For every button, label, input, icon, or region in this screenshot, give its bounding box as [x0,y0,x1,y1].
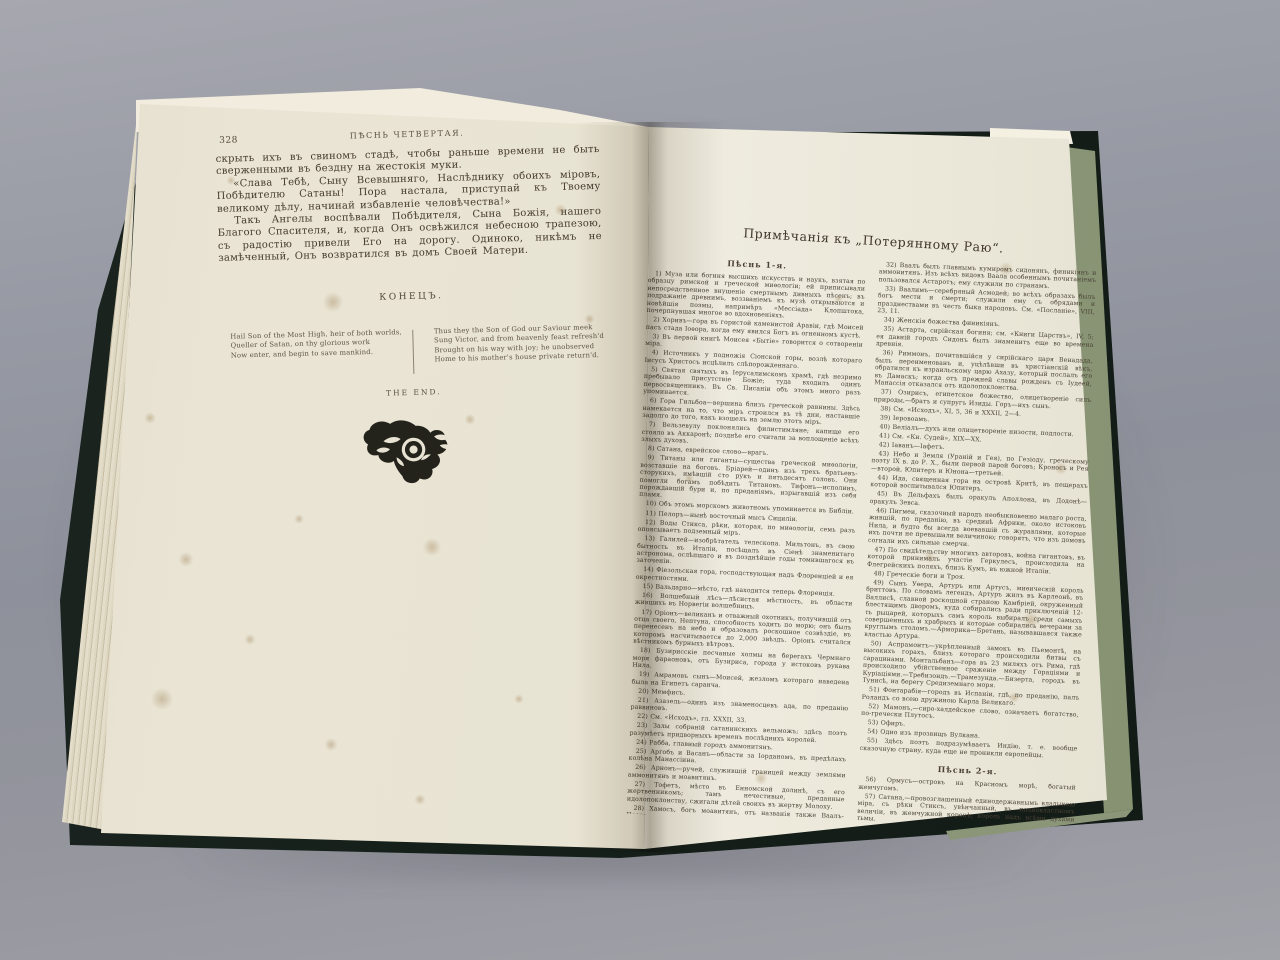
note-entry: 36) Риммонъ, почитавшійся у сирійскаго ц… [874,350,1093,396]
left-page-content: 328 ПѢСНЬ ЧЕТВЕРТАЯ. скрыть ихъ въ свино… [215,123,608,494]
the-end-label: THE END. [222,383,606,402]
konets-label: КОНЕЦЪ. [219,287,603,307]
foxing-spot [150,688,174,710]
ornamental-tailpiece-icon [356,415,476,486]
notes-list-canto1-cont: 32) Ваалъ былъ главнымъ кумиромъ сидонян… [859,261,1096,761]
foxing-spot [324,738,338,751]
notes-list-canto2: 56) Ормусъ—островъ на Красномъ морѣ, бог… [857,776,1076,831]
note-entry: 46) Пигмеи, сказочный народъ необыкновен… [868,507,1087,553]
foxing-spot [414,794,426,805]
foxing-spot [144,412,156,424]
note-entry: 50) Аспрамонтъ—укрѣпленный замокъ въ Пье… [862,640,1081,693]
foxing-spot [422,538,442,556]
tailpiece-vignette [223,412,609,494]
verse-column-left: Hail Son of the Most High, heir of both … [220,328,413,371]
body-paragraph: Такъ Ангелы воспѣвали Побѣдителя, Сына Б… [217,206,602,266]
foxing-spot [514,694,524,704]
body-text: скрыть ихъ въ свиномъ стадѣ, чтобы раньш… [216,144,603,266]
note-entry: 49) Сынъ Уѳера, Артуръ или Артусъ, миѳич… [864,579,1084,647]
book-gutter-shadow [575,122,725,852]
page-number: 328 [219,135,238,145]
photo-background: { "colors": { "background_gray": "#94959… [0,0,1280,960]
notes-column-2: 32) Ваалъ былъ главнымъ кумиромъ сидонян… [857,261,1097,831]
foxing-spot [178,552,194,567]
english-verse-section: Hail Son of the Most High, heir of both … [220,323,605,371]
foxing-spot [244,634,256,645]
foxing-spot [294,514,304,524]
